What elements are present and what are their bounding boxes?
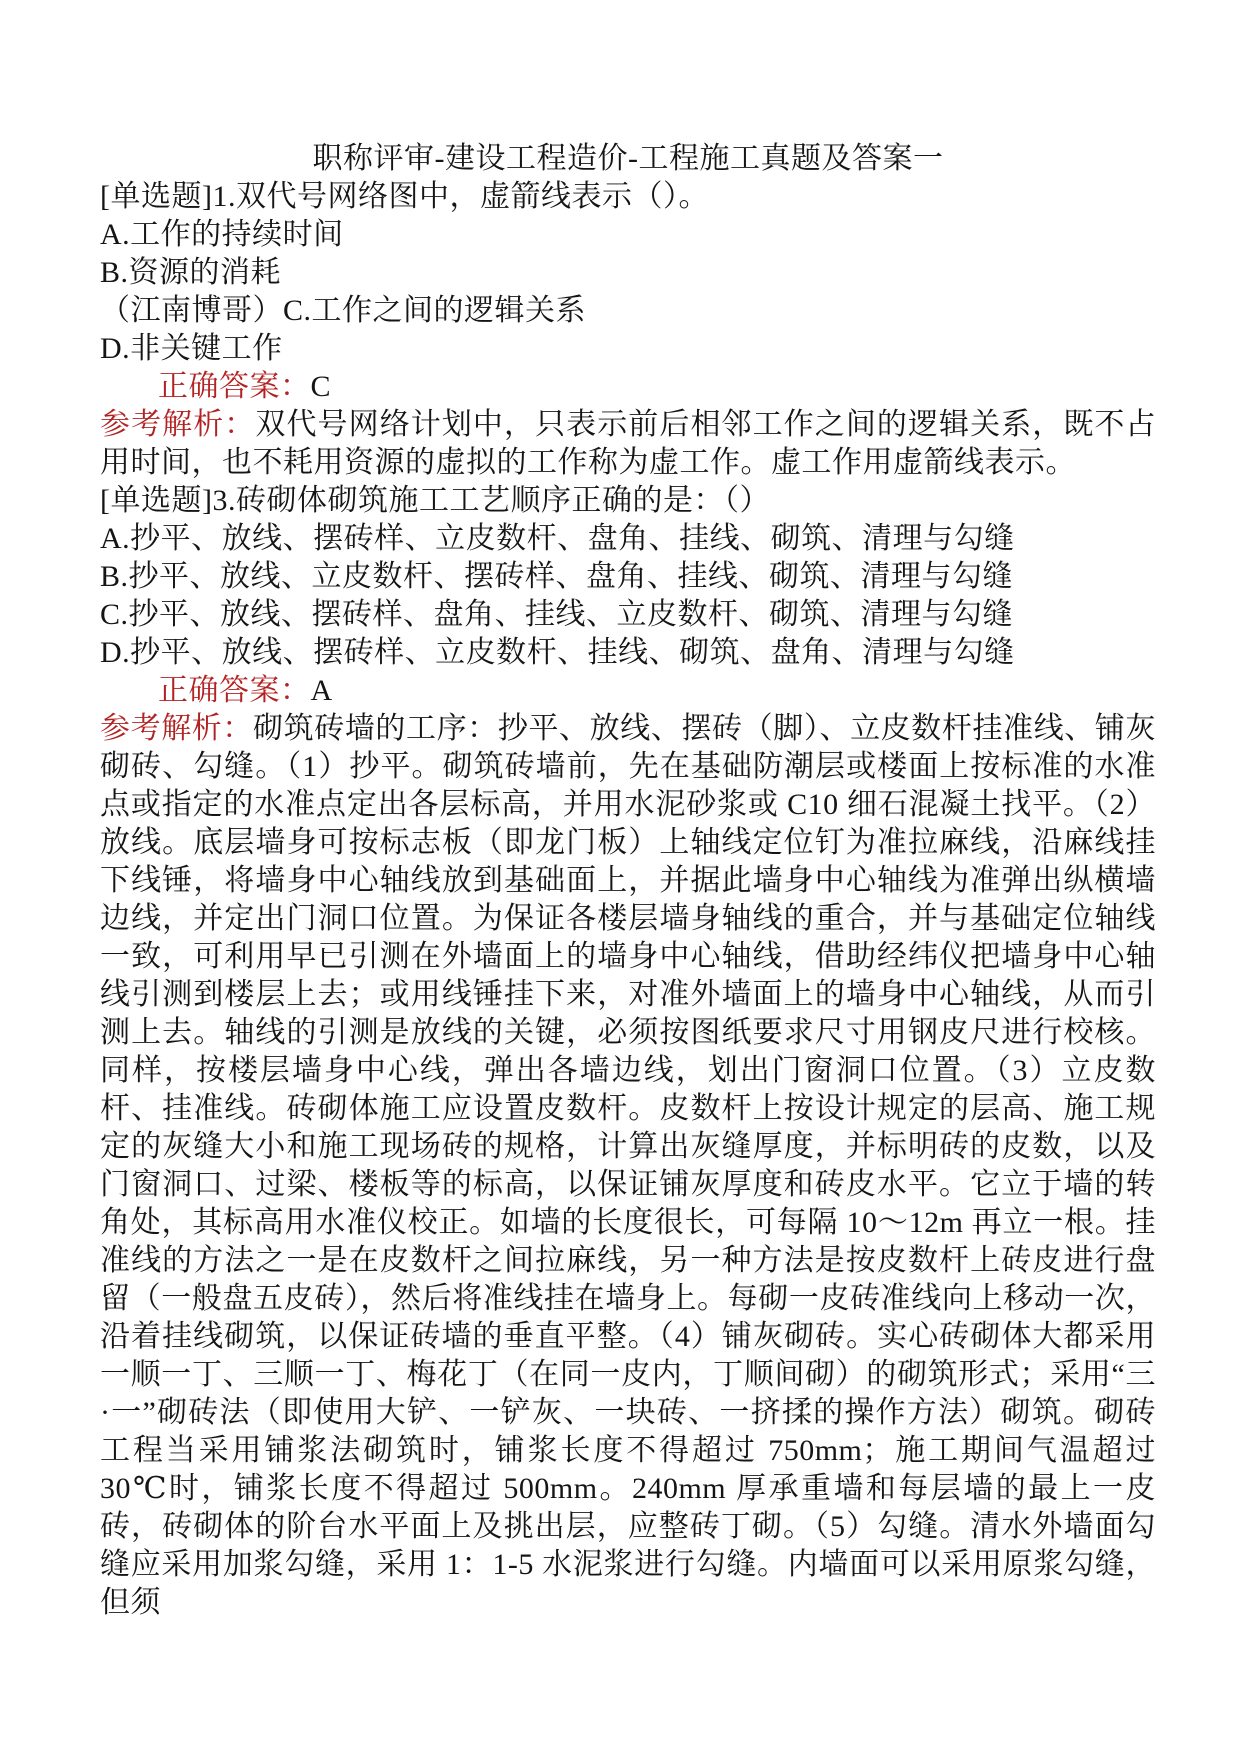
answer-label: 正确答案：: [158, 674, 311, 707]
answer-value: C: [311, 370, 332, 403]
question-1-answer-line: 正确答案：C: [100, 368, 1156, 406]
question-3-option-a: A.抄平、放线、摆砖样、立皮数杆、盘角、挂线、砌筑、清理与勾缝: [100, 520, 1156, 558]
question-1-stem: [单选题]1.双代号网络图中，虚箭线表示（）。: [100, 178, 1156, 216]
question-1-analysis: 参考解析：双代号网络计划中，只表示前后相邻工作之间的逻辑关系，既不占用时间，也不…: [100, 406, 1156, 482]
exam-document-page: 职称评审-建设工程造价-工程施工真题及答案一 [单选题]1.双代号网络图中，虚箭…: [0, 0, 1240, 1754]
analysis-text: 双代号网络计划中，只表示前后相邻工作之间的逻辑关系，既不占用时间，也不耗用资源的…: [100, 408, 1156, 479]
answer-label: 正确答案：: [158, 370, 311, 403]
question-1-option-c: （江南博哥）C.工作之间的逻辑关系: [100, 292, 1156, 330]
page-title: 职称评审-建设工程造价-工程施工真题及答案一: [100, 140, 1156, 178]
question-block-1: [单选题]1.双代号网络图中，虚箭线表示（）。 A.工作的持续时间 B.资源的消…: [100, 178, 1156, 482]
question-3-option-b: B.抄平、放线、立皮数杆、摆砖样、盘角、挂线、砌筑、清理与勾缝: [100, 558, 1156, 596]
question-1-option-b: B.资源的消耗: [100, 254, 1156, 292]
analysis-label: 参考解析：: [100, 712, 253, 745]
question-3-option-c: C.抄平、放线、摆砖样、盘角、挂线、立皮数杆、砌筑、清理与勾缝: [100, 596, 1156, 634]
question-1-option-a: A.工作的持续时间: [100, 216, 1156, 254]
answer-value: A: [311, 674, 333, 707]
question-3-stem: [单选题]3.砖砌体砌筑施工工艺顺序正确的是：（）: [100, 482, 1156, 520]
question-3-option-d: D.抄平、放线、摆砖样、立皮数杆、挂线、砌筑、盘角、清理与勾缝: [100, 634, 1156, 672]
question-1-option-d: D.非关键工作: [100, 330, 1156, 368]
analysis-text: 砌筑砖墙的工序：抄平、放线、摆砖（脚）、立皮数杆挂准线、铺灰砌砖、勾缝。（1）抄…: [100, 712, 1156, 1619]
question-3-answer-line: 正确答案：A: [100, 672, 1156, 710]
question-block-3: [单选题]3.砖砌体砌筑施工工艺顺序正确的是：（） A.抄平、放线、摆砖样、立皮…: [100, 482, 1156, 1622]
question-3-analysis: 参考解析：砌筑砖墙的工序：抄平、放线、摆砖（脚）、立皮数杆挂准线、铺灰砌砖、勾缝…: [100, 710, 1156, 1622]
analysis-label: 参考解析：: [100, 408, 255, 441]
